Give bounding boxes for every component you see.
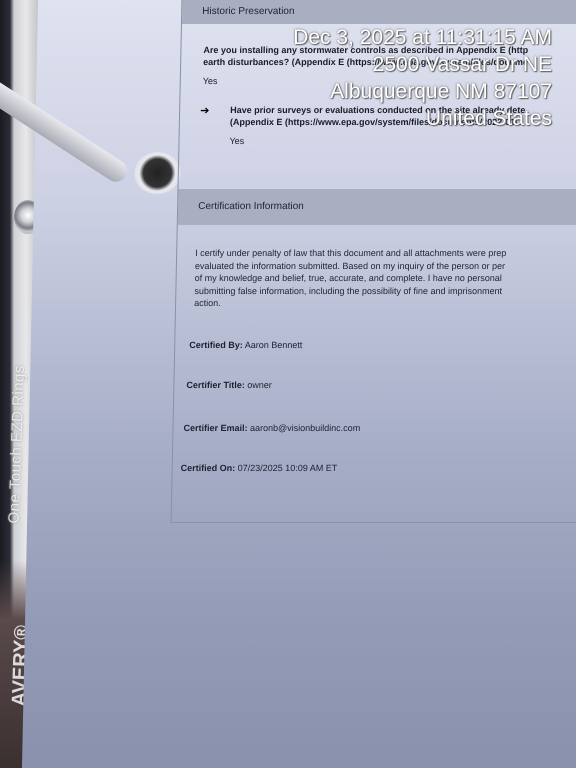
overlay-address-line2: Albuquerque NM 87107: [293, 78, 552, 105]
field-label: Certified On:: [181, 463, 236, 473]
certifier-email-field: Certifier Email: aaronb@visionbuildinc.c…: [183, 423, 360, 433]
field-label: Certified By:: [189, 340, 243, 350]
field-value: owner: [247, 380, 272, 390]
historic-preservation-header: Historic Preservation: [182, 0, 576, 24]
statement-line: of my knowledge and belief, true, accura…: [195, 272, 576, 285]
field-value: aaronb@visionbuildinc.com: [250, 423, 360, 433]
binder-ring-text: One Touch EZD Rings: [6, 353, 29, 523]
certified-by-field: Certified By: Aaron Bennett: [189, 340, 302, 350]
statement-line: action.: [194, 297, 576, 310]
certifier-title-field: Certifier Title: owner: [186, 380, 272, 390]
punch-hole: [134, 152, 181, 194]
arrow-right-icon: ➔: [200, 104, 209, 117]
field-value: Aaron Bennett: [245, 340, 303, 350]
certification-header: Certification Information: [178, 189, 576, 225]
statement-line: evaluated the information submitted. Bas…: [195, 260, 576, 273]
statement-line: submitting false information, including …: [194, 285, 576, 298]
certification-statement: I certify under penalty of law that this…: [194, 247, 576, 310]
photo-timestamp-overlay: Dec 3, 2025 at 11:31:15 AM 2500 Vassar D…: [293, 24, 552, 132]
overlay-country: United States: [293, 105, 552, 132]
statement-line: I certify under penalty of law that this…: [195, 247, 576, 260]
overlay-address-line1: 2500 Vassar Dr NE: [293, 51, 552, 78]
field-label: Certifier Email:: [183, 423, 247, 433]
field-value: 07/23/2025 10:09 AM ET: [238, 463, 338, 473]
overlay-datetime: Dec 3, 2025 at 11:31:15 AM: [293, 24, 552, 51]
answer: Yes: [229, 136, 576, 146]
certified-on-field: Certified On: 07/23/2025 10:09 AM ET: [181, 463, 338, 473]
field-label: Certifier Title:: [186, 380, 245, 390]
